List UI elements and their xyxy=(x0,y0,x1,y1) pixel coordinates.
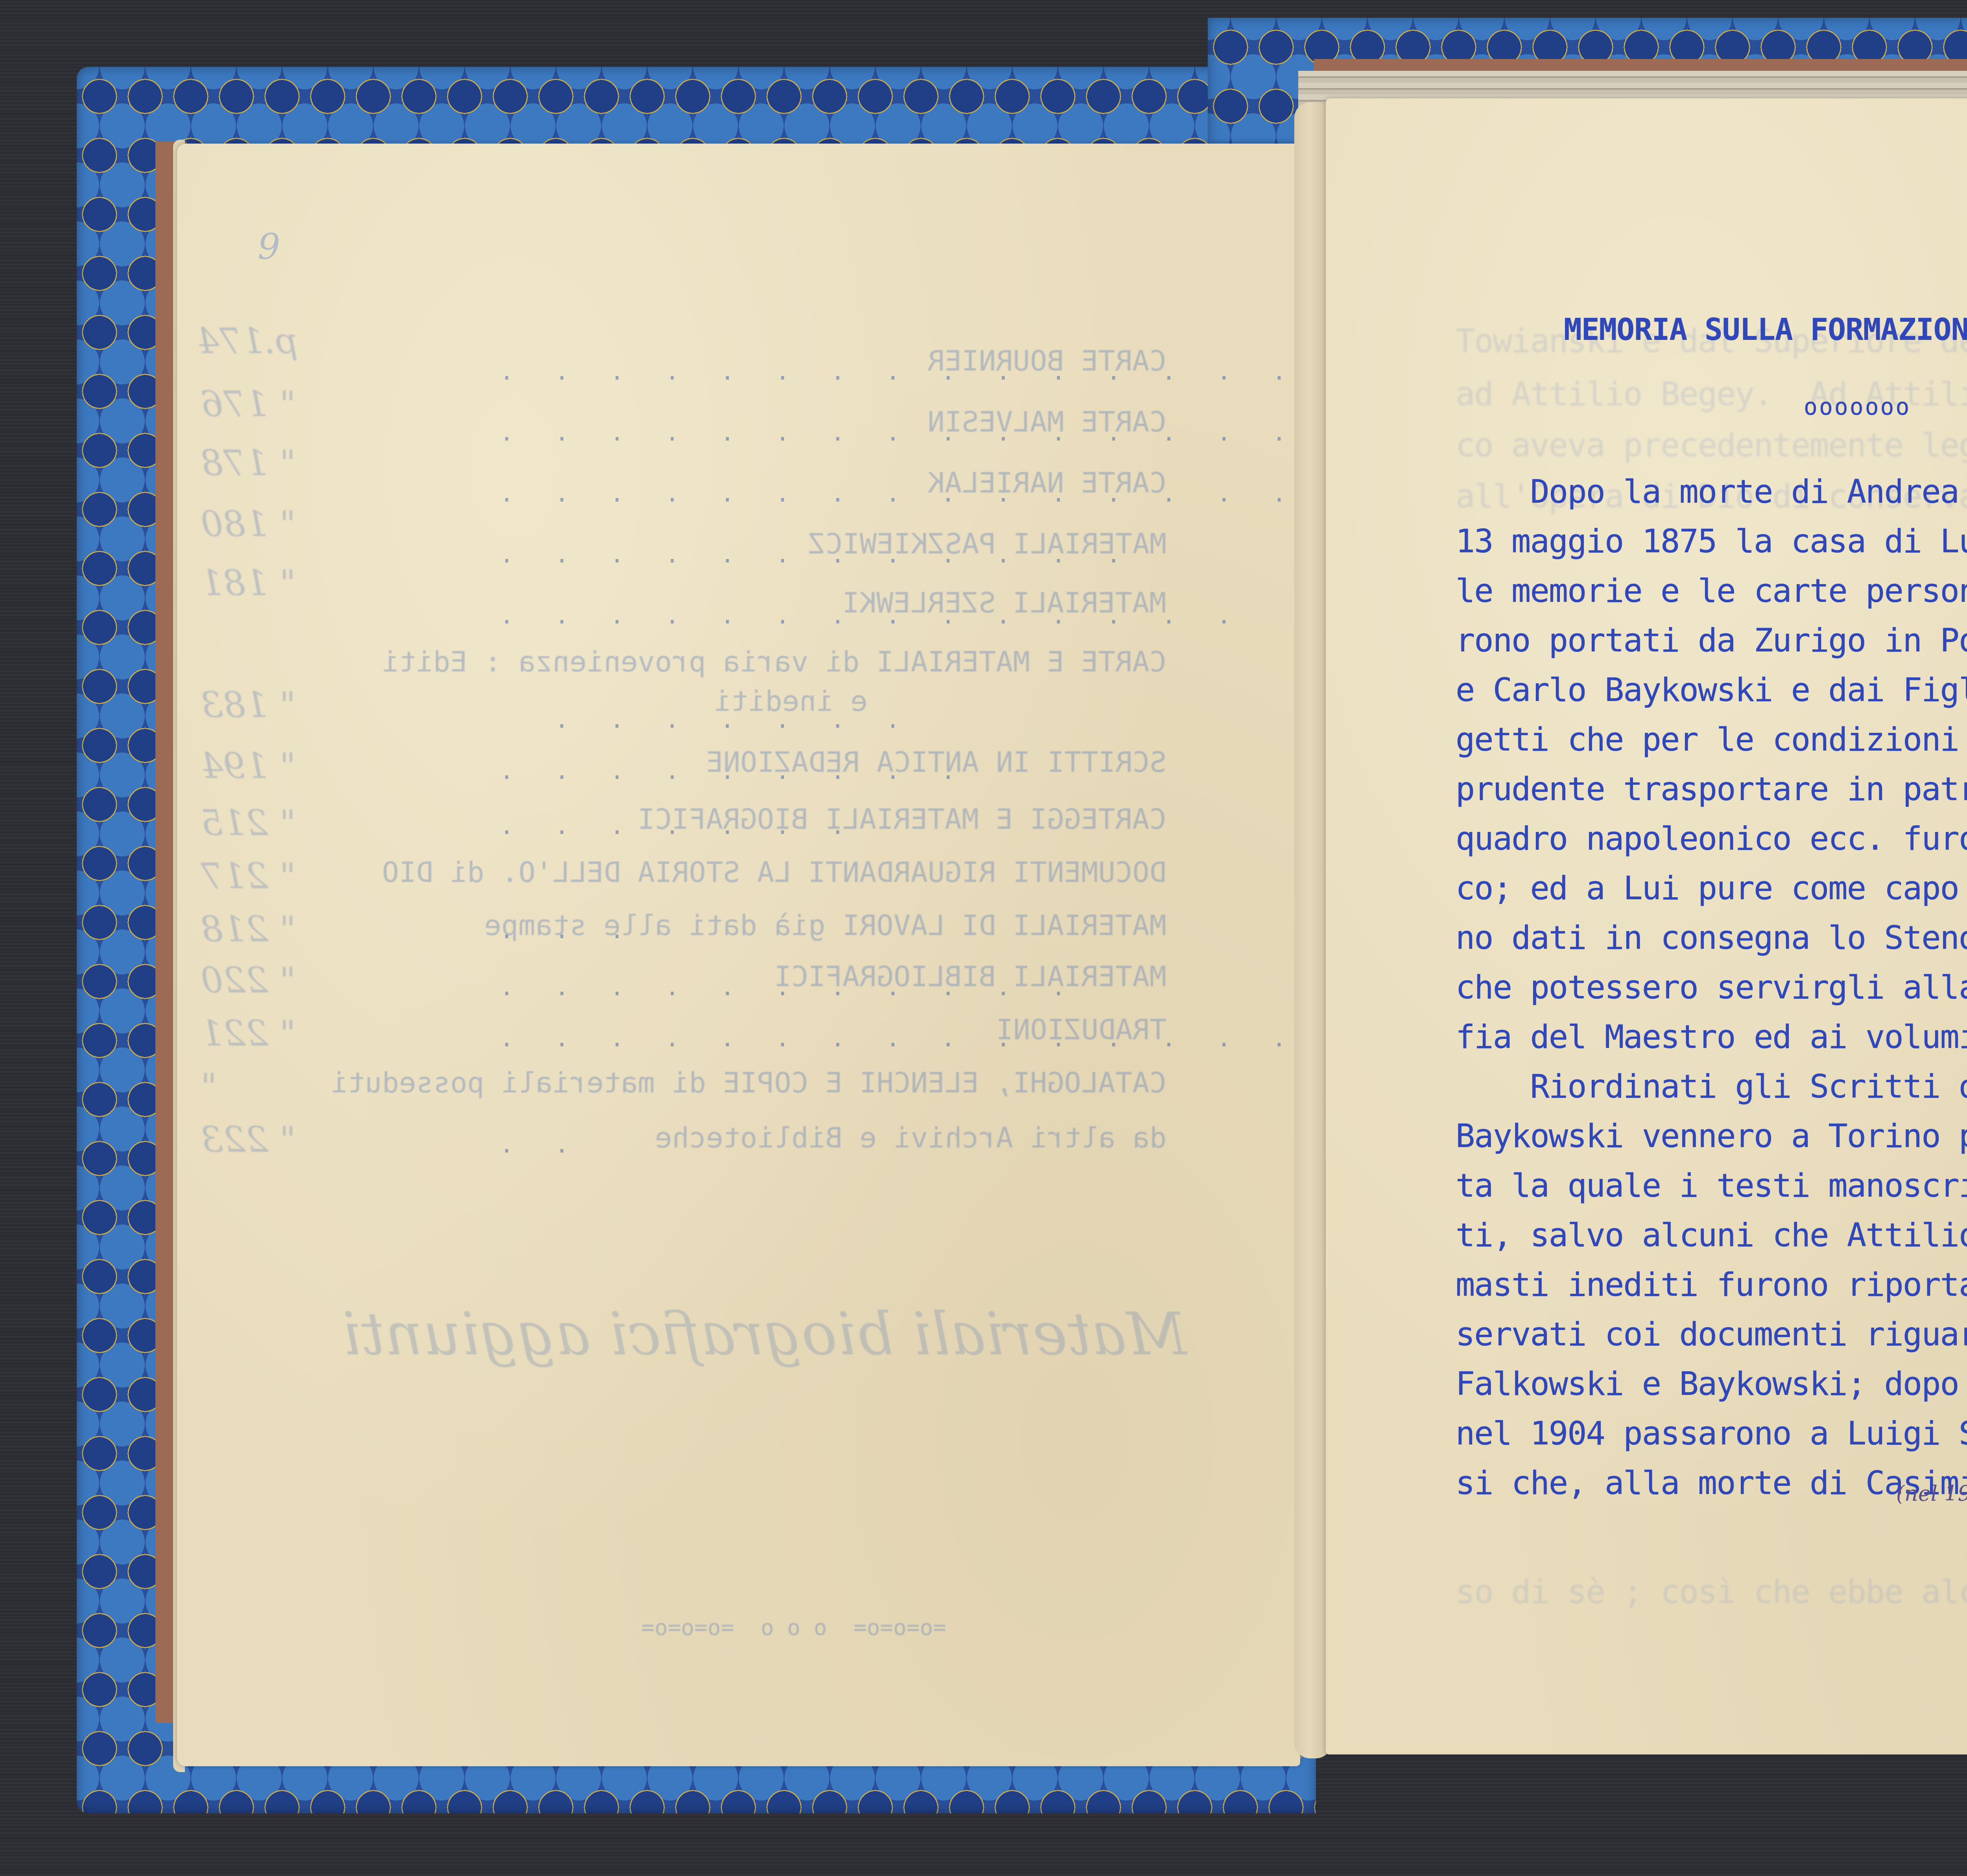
text-line: rono portati da Zurigo in Polonia da Sta… xyxy=(1456,625,1967,657)
text-line: no dati in consegna lo Stendardo e quell… xyxy=(1456,922,1967,954)
bleed-through-line: co aveva precedentemente legato morendo … xyxy=(1456,427,1967,464)
ghost-toc-page: " xyxy=(201,1066,217,1107)
text-line: getti che per le condizioni particolari … xyxy=(1456,724,1967,756)
ghost-toc-page: " 217 xyxy=(201,856,296,897)
leader-dots: . . . xyxy=(500,917,638,944)
ghost-handwriting: Materiali biografici aggiunti xyxy=(342,1300,1187,1369)
text-line: co; ed a Lui pure come capo del Cerchio … xyxy=(1456,873,1967,905)
ghost-toc-label: CATALOGHI, ELENCHI E COPIE di materiali … xyxy=(331,1066,1166,1099)
text-line: e Carlo Baykowski e dai Figli Towianski.… xyxy=(1456,674,1967,706)
body-text: Dopo la morte di Andrea Towianski avvenu… xyxy=(1456,476,1493,1186)
leader-dots: . . . . . . . . . . . . . . . xyxy=(500,480,1300,507)
text-line: Falkowski e Baykowski; dopo la morte di … xyxy=(1456,1368,1967,1400)
text-line: ti, salvo alcuni che Attilio Begey conse… xyxy=(1456,1219,1967,1252)
text-line: servati coi documenti riguardanti l'Oper… xyxy=(1456,1319,1967,1351)
title-ornament: ooooooo xyxy=(1804,395,1911,418)
ghost-toc-page: " 180 xyxy=(201,504,296,545)
ghost-toc-page: p.174 xyxy=(197,321,298,362)
leader-dots: . . . . . . . . . . . xyxy=(500,974,1079,1001)
text-line: Baykowski vennero a Torino per curare la… xyxy=(1456,1120,1967,1153)
leader-dots: . . . . . . . . . . . . . . . . . xyxy=(500,1025,1410,1052)
ghost-toc-page: " 181 xyxy=(201,563,296,604)
text-line: si che, alla morte di Casimiro furono da… xyxy=(1456,1467,1967,1500)
text-line: Riordinati gli Scritti di A. T., Falkows… xyxy=(1456,1071,1967,1103)
text-line: 13 maggio 1875 la casa di Lui fu chiusa … xyxy=(1456,526,1967,558)
ghost-toc-page: " 176 xyxy=(201,384,296,425)
text-line: che potessero servirgli alla pubblicazio… xyxy=(1456,972,1967,1004)
ghost-ornament: =o=o=o= o o o =o=o=o= xyxy=(641,1615,946,1640)
ghost-toc-page: " 215 xyxy=(201,802,296,844)
leader-dots: . . . . . . . . . . . . xyxy=(500,541,1134,568)
ghost-toc-label: CARTE E MATERIALI di varia provenienza :… xyxy=(382,645,1166,678)
leader-dots: . . . . . . . . . xyxy=(500,757,969,785)
bleed-through-line: so di sè ; così che ebbe alcune carte da… xyxy=(1456,1573,1967,1611)
leader-dots: . . . . . . . xyxy=(500,812,858,840)
ghost-toc-page: " 220 xyxy=(201,960,296,1001)
ghost-toc-page: " 178 xyxy=(201,443,296,484)
ghost-toc-page: " 183 xyxy=(201,684,296,726)
leader-dots: . . . . . . . . . . . . . . . xyxy=(500,419,1300,446)
ghost-toc-page: " 194 xyxy=(201,745,296,787)
ghost-toc-label: da altri Archivi e Biblioteche xyxy=(655,1121,1166,1154)
show-through-toc: CARTE BOURNIER CARTE MALVESIN CARTE NARI… xyxy=(177,144,1300,1766)
ghost-toc-page: " 223 xyxy=(201,1119,296,1160)
document-title: MEMORIA SULLA FORMAZIONE DEGLI ARCHIVI xyxy=(1564,315,1967,345)
left-page: 9 CARTE BOURNIER CARTE MALVESIN CARTE NA… xyxy=(177,144,1300,1766)
text-line: le memorie e le carte personali,i cimeli… xyxy=(1456,575,1967,607)
ghost-toc-page: " 221 xyxy=(201,1013,296,1054)
leader-dots: . . . . . . . . . . . . . . . xyxy=(500,358,1300,386)
text-line: Dopo la morte di Andrea Towianski avvenu… xyxy=(1456,476,1967,508)
text-line: masti inediti furono riportati in Poloni… xyxy=(1456,1269,1967,1301)
text-line: prudente trasportare in patria,come il C… xyxy=(1456,773,1967,806)
ghost-toc-page: " 218 xyxy=(201,909,296,950)
leader-dots: . . . . . . . . . . . . . . xyxy=(500,602,1244,629)
leader-dots: . . xyxy=(500,1131,582,1158)
text-line: fia del Maestro ed ai volumi che dovevan… xyxy=(1456,1021,1967,1053)
leader-dots: . . . . . . . xyxy=(555,706,913,734)
text-line: quadro napoleonico ecc. furono affidati … xyxy=(1456,823,1967,855)
ghost-toc-label: DOCUMENTI RIGUARDANTI LA STORIA DELL'O. … xyxy=(382,856,1166,889)
handwritten-annotation-1912: (nel 1912) xyxy=(1896,1481,1967,1506)
text-line: nel 1904 passarono a Luigi Siatecki e Ca… xyxy=(1456,1418,1967,1450)
text-line: ta la quale i testi manoscritti vennero … xyxy=(1456,1170,1967,1202)
